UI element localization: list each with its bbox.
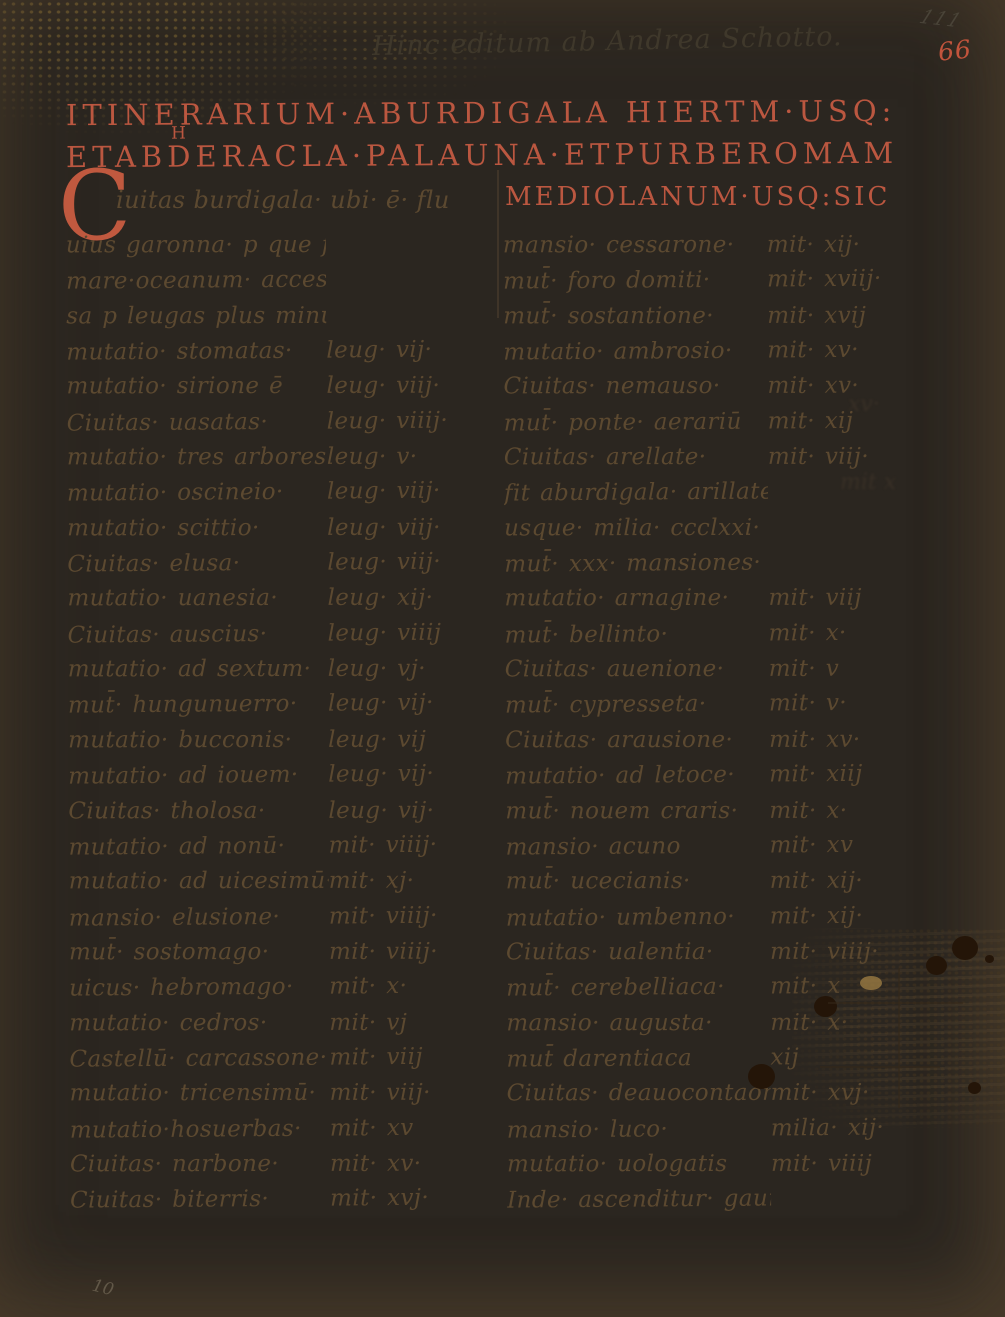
itinerary-row: mutatio· arnagine·mit· viij xyxy=(504,581,908,617)
station-distance: leug· viij· xyxy=(327,474,479,511)
itinerary-row: fit aburdigala· arillate xyxy=(504,474,908,513)
station-name: mutatio· bucconis· xyxy=(68,723,328,759)
station-name: mare·oceanum· accessa· etreces· xyxy=(66,263,326,300)
station-distance: mit· vj xyxy=(329,1005,481,1041)
station-name: mansio· elusione· xyxy=(69,899,329,936)
itinerary-row: mut̄· nouem craris·mit· x· xyxy=(505,793,909,829)
top-annotation: Hinc editum ab Andrea Schotto. xyxy=(372,21,853,62)
itinerary-row: mut̄· ponte· aerariūmit· xij xyxy=(504,403,908,442)
station-name: mut̄· cerebelliaca· xyxy=(506,970,770,1007)
station-name: Ciuitas· auenione· xyxy=(505,652,769,688)
station-name: Ciuitas· ualentia· xyxy=(506,935,770,971)
folio-number: 66 xyxy=(937,34,974,66)
station-distance xyxy=(326,228,478,264)
itinerary-row: mutatio· cedros·mit· vj xyxy=(69,1005,481,1041)
station-distance: mit· viiij xyxy=(771,1147,911,1183)
station-name: fit aburdigala· arillate xyxy=(504,475,768,512)
itinerary-row: mansio· acunomit· xv xyxy=(505,827,909,866)
station-name: mut̄· xxx· mansiones· xj· xyxy=(504,546,768,583)
station-name: Inde· ascenditur· gaura mons· xyxy=(507,1182,771,1219)
itinerary-row: mut̄· xxx· mansiones· xj· xyxy=(504,545,908,584)
station-name: mansio· acuno xyxy=(505,828,769,865)
station-name: Ciuitas· arellate· xyxy=(504,440,768,476)
rubric-line2-rest: DERACLA·PALAUNA·ETPURBEROMAM xyxy=(167,136,898,174)
itinerary-row: Ciuitas· ualentia·mit· viiij· xyxy=(506,935,910,971)
station-distance: mit· v xyxy=(769,652,909,688)
station-distance: leug· vij· xyxy=(326,332,478,369)
rubric-superscript-h: H xyxy=(171,124,186,144)
station-distance: mit· xij· xyxy=(770,864,910,900)
itinerary-row: mutatio· scittio·leug· viij· xyxy=(67,510,479,546)
itinerary-row: mut̄ darentiacaxij xyxy=(506,1039,910,1078)
itinerary-row: mut̄· sostomago·mit· viiij· xyxy=(69,935,481,971)
station-distance: mit· viiij· xyxy=(329,898,481,935)
station-name: mut̄· hungunuerro· xyxy=(68,687,328,724)
rubric-title-line2: ETABHDERACLA·PALAUNA·ETPURBEROMAM xyxy=(66,136,898,174)
station-name: mut̄· ucecianis· xyxy=(506,864,770,900)
station-distance: mit· x· xyxy=(768,615,908,651)
itinerary-row: mutatio· ad uicesimū·mit· xj· xyxy=(69,864,481,900)
station-name: uicus· hebromago· xyxy=(69,970,329,1007)
itinerary-row: Ciuitas· tholosa·leug· vij· xyxy=(68,793,480,829)
station-distance: mit· xj· xyxy=(329,864,481,900)
station-name: sa p leugas plus minus· centum· xyxy=(66,299,326,335)
station-name: mutatio· ad sextum· xyxy=(68,652,328,688)
right-itinerary-column: mansio· cessarone·mit· xij· mut̄· foro d… xyxy=(503,227,911,1218)
itinerary-row: mut̄· cypresseta·mit· v· xyxy=(505,686,909,725)
itinerary-row: mutatio· uologatismit· viiij xyxy=(507,1147,911,1183)
station-name: mutatio· ambrosio· xyxy=(503,334,767,371)
ink-blot xyxy=(985,955,994,963)
station-name: Ciuitas· tholosa· xyxy=(68,793,328,829)
station-distance: milia· xij· xyxy=(771,1110,911,1146)
itinerary-row: mutatio·hosuerbas·mit· xv xyxy=(70,1110,482,1149)
right-column-rubric: MEDIOLANUM·USQ:SIC xyxy=(505,182,890,212)
station-distance: leug· viij· xyxy=(327,369,479,405)
itinerary-row: sa p leugas plus minus· centum· xyxy=(66,298,478,334)
station-distance: leug· vij· xyxy=(328,686,480,723)
itinerary-row: Ciuitas· narbone·mit· xv· xyxy=(70,1147,482,1183)
station-name: mutatio· umbenno· xyxy=(506,899,770,936)
station-name: mutatio· sirione ē xyxy=(67,369,327,405)
station-distance: mit· xv xyxy=(330,1110,482,1147)
station-name: Castellū· carcassone· xyxy=(69,1040,329,1077)
station-distance: mit· viij· xyxy=(330,1076,482,1112)
itinerary-row: Ciuitas· auscius·leug· viiij xyxy=(67,615,479,654)
station-name: mut̄ darentiaca xyxy=(506,1040,770,1077)
station-name: mansio· luco· xyxy=(507,1111,771,1148)
station-name: Ciuitas· auscius· xyxy=(67,616,327,653)
station-distance: mit· xij· xyxy=(770,898,910,934)
station-name: mutatio· cedros· xyxy=(69,1005,329,1041)
station-distance xyxy=(326,298,478,334)
station-name: Ciuitas· arausione· xyxy=(505,723,769,759)
station-distance: leug· viiij· xyxy=(327,403,479,440)
station-distance: mit· x xyxy=(770,969,910,1005)
ink-blot xyxy=(926,956,947,975)
itinerary-row: mansio· elusione·mit· viiij· xyxy=(69,898,481,937)
station-distance: mit· xvj· xyxy=(330,1181,482,1218)
itinerary-row: usque· milia· ccclxxi· xyxy=(504,510,908,546)
station-name: mutatio·hosuerbas· xyxy=(70,1111,330,1148)
station-distance: mit· x· xyxy=(769,793,909,829)
station-name: mutatio· scittio· xyxy=(67,511,327,547)
station-distance: mit· xij xyxy=(768,403,908,439)
station-distance: leug· vij· xyxy=(328,793,480,829)
station-name: uius garonna· p que facit xyxy=(66,228,326,264)
itinerary-row: Ciuitas· arellate·mit· viij· xyxy=(504,440,908,476)
station-name: mutatio· ad iouem· xyxy=(68,758,328,795)
station-distance: mit· xvj· xyxy=(771,1076,911,1112)
itinerary-row: mut̄· bellinto·mit· x· xyxy=(504,615,908,654)
station-distance: mit· xiij xyxy=(769,757,909,793)
station-distance: leug· vij· xyxy=(328,757,480,794)
station-distance: leug· vij xyxy=(328,722,480,758)
itinerary-row: mutatio· tricensimū·mit· viij· xyxy=(70,1076,482,1112)
itinerary-row: mutatio· uanesia·leug· xij· xyxy=(67,581,479,617)
itinerary-row: mut̄· ucecianis·mit· xij· xyxy=(506,864,910,900)
station-distance: mit· viiij· xyxy=(329,935,481,971)
station-distance: mit· v· xyxy=(769,686,909,722)
station-name: mut̄· ponte· aerariū xyxy=(504,404,768,441)
station-name: Ciuitas· biterris· xyxy=(70,1182,330,1219)
itinerary-row: mutatio· umbenno·mit· xij· xyxy=(506,898,910,937)
station-distance xyxy=(768,510,908,546)
station-distance: leug· viiij xyxy=(327,615,479,652)
itinerary-row: mutatio· ad iouem·leug· vij· xyxy=(68,757,480,796)
station-name: mut̄· nouem craris· xyxy=(505,793,769,829)
station-name: mut̄· sostomago· xyxy=(69,935,329,971)
itinerary-row: mutatio· ad letoce·mit· xiij xyxy=(505,757,909,796)
itinerary-row: Ciuitas· arausione·mit· xv· xyxy=(505,722,909,758)
station-name: usque· milia· ccclxxi· xyxy=(504,511,768,547)
ink-blot xyxy=(952,936,978,960)
station-name: mansio· augusta· xyxy=(506,1005,770,1041)
itinerary-row: mutatio· oscineio·leug· viij· xyxy=(67,474,479,513)
station-distance: leug· v· xyxy=(327,440,479,476)
station-distance: mit· xviij· xyxy=(767,262,907,298)
station-distance: mit· xij· xyxy=(767,228,907,264)
station-distance: mit· xv· xyxy=(330,1147,482,1183)
bottom-pencil-mark: 10 xyxy=(90,1276,116,1301)
station-distance: mit· viiij· xyxy=(328,827,480,864)
itinerary-row: mutatio· tres arbores·leug· v· xyxy=(67,440,479,476)
station-distance: mit· viiij· xyxy=(770,935,910,971)
station-distance: mit· viij xyxy=(768,581,908,617)
station-name: mutatio· oscineio· xyxy=(67,475,327,512)
itinerary-row: mansio· augusta·mit· x· xyxy=(506,1005,910,1041)
corner-pencil-mark: 111 xyxy=(916,6,966,32)
station-distance: xij xyxy=(770,1039,910,1075)
station-name: mutatio· ad letoce· xyxy=(505,758,769,795)
station-distance: mit· xvij xyxy=(767,298,907,334)
itinerary-row: Ciuitas· uasatas·leug· viiij· xyxy=(67,403,479,442)
station-name: Ciuitas· nemauso· xyxy=(504,369,768,405)
station-name: mutatio· tres arbores· xyxy=(67,440,327,476)
station-name: Ciuitas· elusa· xyxy=(67,546,327,583)
station-distance: mit· viij xyxy=(329,1039,481,1076)
itinerary-row: Ciuitas· nemauso·mit· xv· xyxy=(504,369,908,405)
itinerary-row: uius garonna· p que facit xyxy=(66,228,478,264)
station-distance xyxy=(768,545,908,581)
station-distance: mit· x· xyxy=(329,969,481,1006)
station-name: Ciuitas· uasatas· xyxy=(67,404,327,441)
station-name: mut̄· foro domiti· xyxy=(503,263,767,300)
itinerary-row: uicus· hebromago·mit· x· xyxy=(69,969,481,1008)
station-distance xyxy=(326,262,478,299)
manuscript-page: Hinc editum ab Andrea Schotto. 111 66 10… xyxy=(0,0,1005,1317)
itinerary-row: mutatio· bucconis·leug· vij xyxy=(68,722,480,758)
station-name: mutatio· uanesia· xyxy=(67,581,327,617)
station-name: Ciuitas· narbone· xyxy=(70,1147,330,1183)
station-distance: leug· viij· xyxy=(327,510,479,546)
station-distance: mit· x· xyxy=(770,1005,910,1041)
station-name: mut̄· bellinto· xyxy=(504,616,768,653)
station-distance: mit· xv xyxy=(769,827,909,863)
itinerary-row: mut̄· cerebelliaca·mit· x xyxy=(506,969,910,1008)
station-distance: leug· vj· xyxy=(328,652,480,688)
column-divider-ruling xyxy=(497,170,499,318)
itinerary-row: mansio· cessarone·mit· xij· xyxy=(503,228,907,264)
station-name: mansio· cessarone· xyxy=(503,228,767,264)
station-distance xyxy=(771,1181,911,1217)
left-itinerary-column: uius garonna· p que facit mare·oceanum· … xyxy=(66,227,482,1218)
station-name: mutatio· ad uicesimū· xyxy=(69,864,329,900)
itinerary-row: mare·oceanum· accessa· etreces· xyxy=(66,262,478,301)
itinerary-row: Ciuitas· elusa·leug· viij· xyxy=(67,544,479,583)
rubric-title-line1: ITINERARIUM·ABURDIGALA HIERTM·USQ: xyxy=(66,94,897,132)
itinerary-row: Castellū· carcassone·mit· viij xyxy=(69,1039,481,1078)
itinerary-row: mut̄· foro domiti·mit· xviij· xyxy=(503,262,907,301)
station-name: Ciuitas· deauocontaoru xyxy=(507,1076,771,1112)
itinerary-row: mut̄· sostantione·mit· xvij xyxy=(503,298,907,334)
itinerary-row: mut̄· hungunuerro·leug· vij· xyxy=(68,686,480,725)
itinerary-row: mansio· luco·milia· xij· xyxy=(507,1110,911,1149)
itinerary-row: mutatio· ad sextum·leug· vj· xyxy=(68,652,480,688)
itinerary-row: Inde· ascenditur· gaura mons· xyxy=(507,1181,911,1220)
station-name: mutatio· ad nonū· xyxy=(68,828,328,865)
station-distance xyxy=(768,474,908,510)
itinerary-row: Ciuitas· deauocontaorumit· xvj· xyxy=(507,1076,911,1112)
station-distance: mit· xv· xyxy=(769,722,909,758)
station-distance: mit· xv· xyxy=(768,369,908,405)
ink-blot xyxy=(968,1082,981,1094)
station-distance: mit· xv· xyxy=(767,332,907,368)
station-name: mut̄· sostantione· xyxy=(503,299,767,335)
itinerary-row: mutatio· ad nonū·mit· viiij· xyxy=(68,827,480,866)
station-distance: leug· xij· xyxy=(327,581,479,617)
station-name: mutatio· stomatas· xyxy=(66,334,326,371)
itinerary-row: mutatio· sirione ēleug· viij· xyxy=(67,369,479,405)
first-text-line-left: iuitas burdigala· ubi· ē· flu xyxy=(68,186,493,214)
itinerary-row: mutatio· ambrosio·mit· xv· xyxy=(503,332,907,371)
station-distance: mit· viij· xyxy=(768,440,908,476)
station-name: mut̄· cypresseta· xyxy=(505,687,769,724)
station-name: mutatio· tricensimū· xyxy=(70,1076,330,1112)
station-name: mutatio· arnagine· xyxy=(504,581,768,617)
station-name: mutatio· uologatis xyxy=(507,1147,771,1183)
station-distance: leug· viij· xyxy=(327,544,479,581)
itinerary-row: Ciuitas· auenione·mit· v xyxy=(505,652,909,688)
itinerary-row: Ciuitas· biterris·mit· xvj· xyxy=(70,1181,482,1220)
itinerary-row: mutatio· stomatas·leug· vij· xyxy=(66,332,478,371)
